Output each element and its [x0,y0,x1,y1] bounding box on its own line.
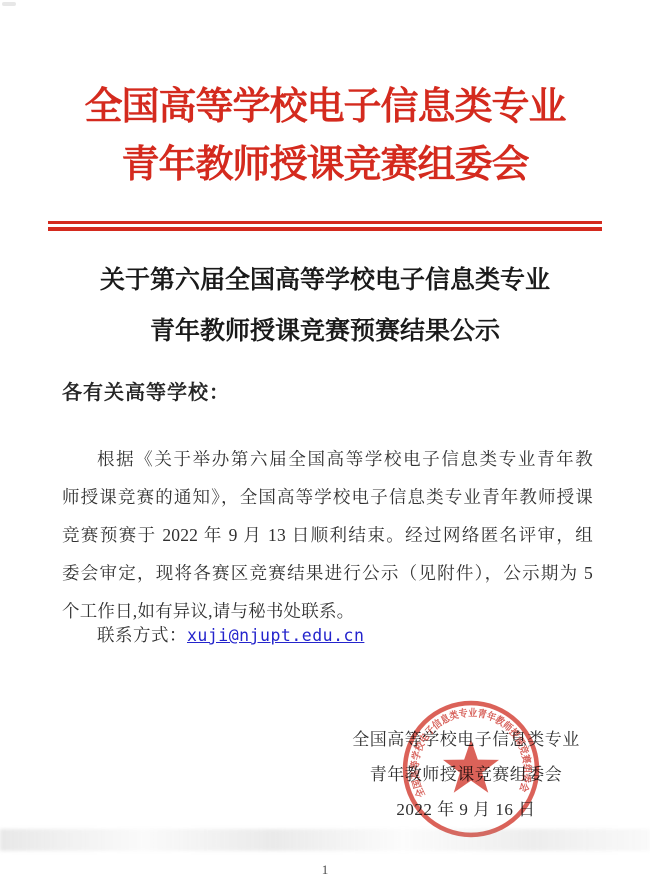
document-title-line1: 关于第六届全国高等学校电子信息类专业 [0,255,650,306]
contact-email-link[interactable]: xuji@njupt.edu.cn [187,626,364,645]
letterhead: 全国高等学校电子信息类专业 青年教师授课竞赛组委会 [0,78,650,194]
letterhead-line1: 全国高等学校电子信息类专业 [0,78,650,136]
body-line: 根据《关于举办第六届全国高等学校电子信息类专业青年教 [62,440,593,478]
signature-org-line1: 全国高等学校电子信息类专业 [336,722,596,757]
document-title: 关于第六届全国高等学校电子信息类专业 青年教师授课竞赛预赛结果公示 [0,255,650,357]
signature-org-line2: 青年教师授课竞赛组委会 [336,757,596,792]
page-number: 1 [0,862,650,878]
signature-block: 全国高等学校电子信息类专业 青年教师授课竞赛组委会 2022 年 9 月 16 … [336,722,596,827]
body-line: 委会审定，现将各赛区竞赛结果进行公示（见附件），公示期为 5 [62,554,593,592]
scan-artifact-corner [2,2,16,6]
contact-line: 联系方式：xuji@njupt.edu.cn [62,620,593,651]
contact-label: 联系方式： [97,625,187,645]
body-line: 师授课竞赛的通知》，全国高等学校电子信息类专业青年教师授课 [62,478,593,516]
double-rule-divider [48,221,602,231]
letterhead-line2: 青年教师授课竞赛组委会 [0,136,650,194]
salutation: 各有关高等学校： [62,379,230,407]
signature-date: 2022 年 9 月 16 日 [336,792,596,827]
document-title-line2: 青年教师授课竞赛预赛结果公示 [0,306,650,357]
scan-artifact-band [0,829,650,851]
document-page: 全国高等学校电子信息类专业 青年教师授课竞赛组委会 关于第六届全国高等学校电子信… [0,0,650,886]
body-paragraph: 根据《关于举办第六届全国高等学校电子信息类专业青年教 师授课竞赛的通知》，全国高… [62,440,593,630]
body-line: 竞赛预赛于 2022 年 9 月 13 日顺利结束。经过网络匿名评审，组 [62,516,593,554]
